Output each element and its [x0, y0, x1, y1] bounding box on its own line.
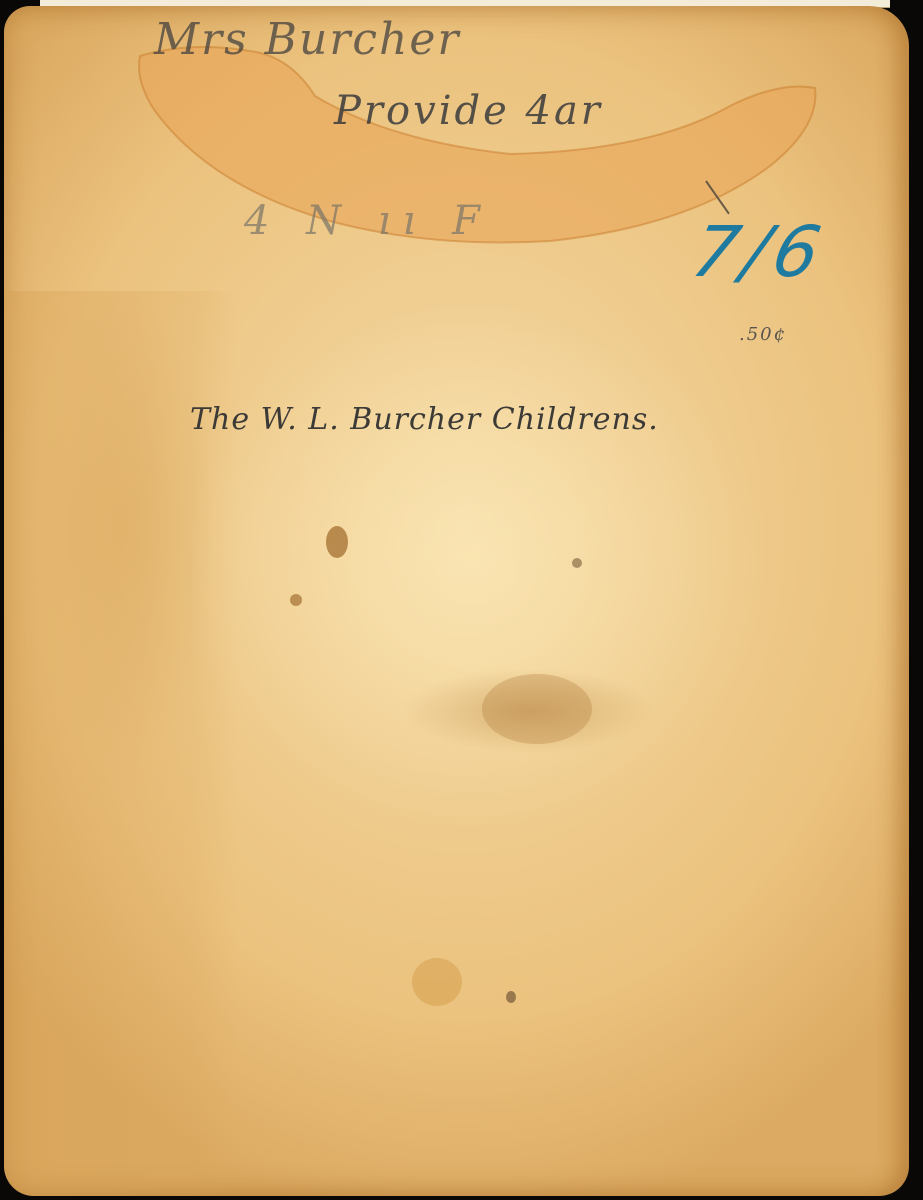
stain-spot	[482, 674, 592, 744]
price-pencil: .50¢	[739, 324, 787, 345]
inscription-name: Mrs Burcher	[154, 14, 460, 65]
inscription-code: 4 N ıı F	[244, 198, 492, 244]
stain-spot	[290, 594, 302, 606]
stain-spot	[326, 526, 348, 558]
stain-spot	[506, 991, 516, 1003]
stain-spot	[412, 958, 462, 1006]
photo-card-back: Mrs Burcher Provide 4ar 4 N ıı F 7/6 .50…	[4, 6, 909, 1196]
stain-spot	[572, 558, 582, 568]
inscription-address: Provide 4ar	[334, 88, 603, 134]
caption-inscription: The W. L. Burcher Childrens.	[190, 402, 659, 437]
price-blue-crayon: 7/6	[685, 211, 833, 293]
